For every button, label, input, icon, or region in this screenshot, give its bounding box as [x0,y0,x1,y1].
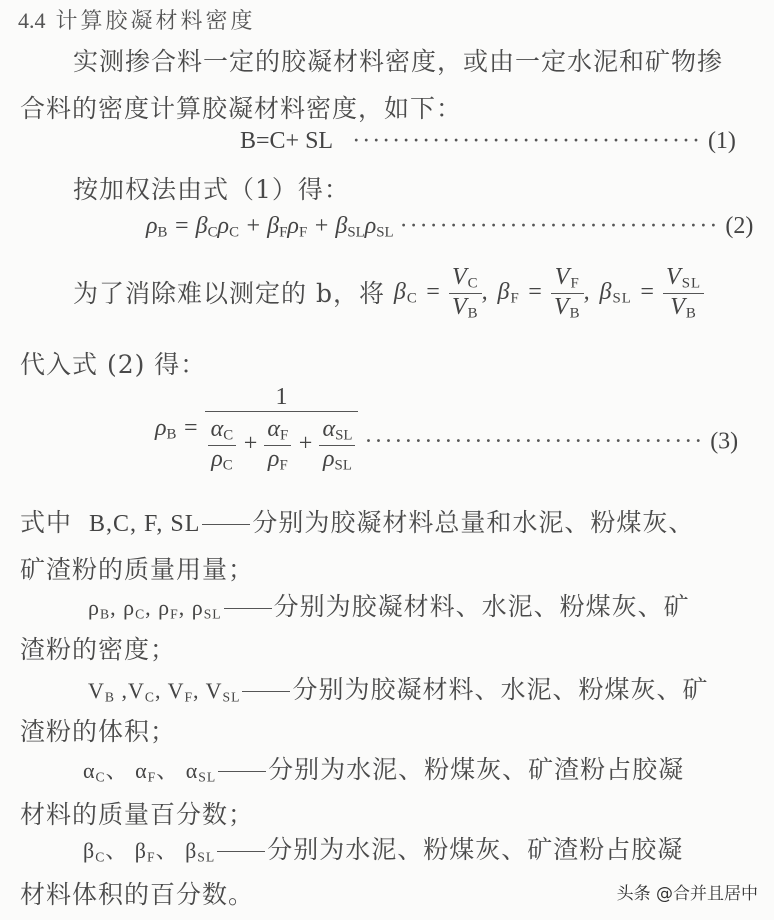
leader-dots: ··································· [352,128,702,154]
equation-2-body: ρB = βCρC + βFρF + βSLρSL [146,213,394,239]
definition-text: 分别为水泥、粉煤灰、矿渣粉占胶凝 [268,755,684,784]
definition-item: αC、 αF、 αSL分别为水泥、粉煤灰、矿渣粉占胶凝 [83,750,684,786]
definition-continuation: 矿渣粉的质量用量； [20,550,254,586]
em-dash [202,524,250,525]
definition-continuation: 材料体积的百分数。 [20,875,254,911]
definition-item: βC、 βF、 βSL分别为水泥、粉煤灰、矿渣粉占胶凝 [83,830,683,866]
equation-3: ρB = 1 αCρC + αFρF + αSLρSL ············… [155,384,738,474]
definition-text: 分别为水泥、粉煤灰、矿渣粉占胶凝 [267,835,683,864]
beta-c-definition: βC = VCVB, [394,279,489,305]
em-dash [224,608,272,609]
definition-continuation: 渣粉的密度； [20,630,176,666]
em-dash [242,691,290,692]
em-dash [218,771,266,772]
definition-continuation: 渣粉的体积； [20,712,176,748]
watermark: 头条 @合并且居中 [617,879,758,904]
definition-text: 分别为胶凝材料总量和水泥、粉煤灰、 [252,508,694,537]
definition-symbols: βC、 βF、 βSL [83,838,215,863]
definition-text: 分别为胶凝材料、水泥、粉煤灰、矿 [292,675,708,704]
section-title-text: 计算胶凝材料密度 [56,9,256,34]
equation-1-text: B=C+ SL [240,128,332,154]
equation-1: B=C+ SL ································… [240,128,736,155]
equation-3-fraction: 1 αCρC + αFρF + αSLρSL [205,384,359,474]
beta-f-definition: βF = VFVB, [498,279,591,305]
equation-1-number: (1) [708,128,736,154]
equation-3-number: (3) [710,429,738,455]
leader-dots: ·································· [364,429,704,455]
equation-2: ρB = βCρC + βFρF + βSLρSL ··············… [146,213,753,242]
definition-item: VB ,VC, VF, VSL分别为胶凝材料、水泥、粉煤灰、矿 [88,670,708,706]
paragraph-line: 按加权法由式（1）得： [73,170,350,206]
definition-symbols: αC、 αF、 αSL [83,758,216,783]
definition-symbols: VB ,VC, VF, VSL [88,678,240,703]
definition-item: 式中 B,C, F, SL分别为胶凝材料总量和水泥、粉煤灰、 [20,503,694,539]
section-number: 4.4 [18,8,46,33]
beta-sl-definition: βSL = VSLVB [600,279,705,305]
definition-continuation: 材料的质量百分数； [20,795,254,831]
leader-dots: ································ [400,213,720,239]
definition-item: ρB, ρC, ρF, ρSL分别为胶凝材料、水泥、粉煤灰、矿 [88,587,690,623]
section-title: 4.4计算胶凝材料密度 [18,4,256,35]
definition-symbols: B,C, F, SL [89,511,200,537]
paragraph-line: 实测掺合料一定的胶凝材料密度，或由一定水泥和矿物掺 [73,42,723,78]
em-dash [217,851,265,852]
definition-symbols: ρB, ρC, ρF, ρSL [88,595,222,620]
paragraph-line: 合料的密度计算胶凝材料密度，如下： [20,89,462,125]
definition-prefix: 式中 [20,508,72,537]
paragraph-substitution: 为了消除难以测定的 b，将 βC = VCVB, βF = VFVB, βSL … [73,264,704,322]
definition-text: 分别为胶凝材料、水泥、粉煤灰、矿 [274,592,690,621]
paragraph-line: 代入式 (2) 得： [20,345,206,381]
equation-2-number: (2) [725,213,753,239]
substitution-prefix: 为了消除难以测定的 b，将 [73,279,385,308]
